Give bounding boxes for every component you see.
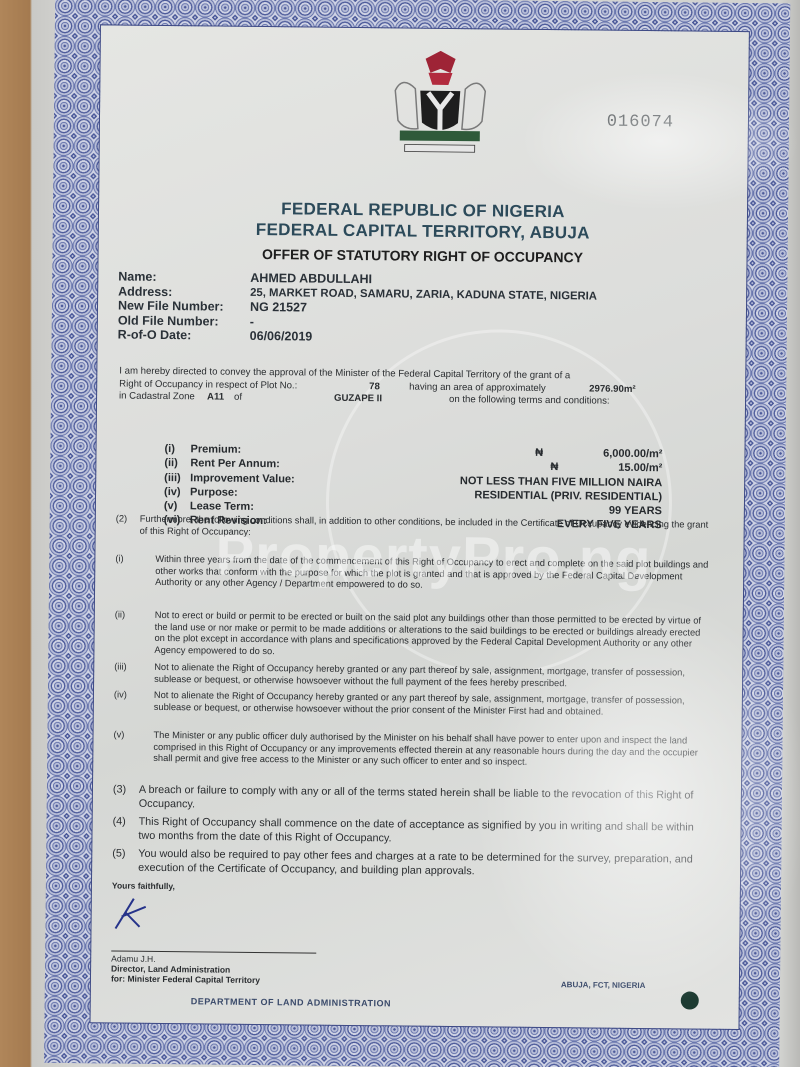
clause-item: (4)This Right of Occupancy shall commenc… [112,815,710,848]
seal-dot-icon [681,991,699,1009]
district: GUZAPE II [334,393,382,406]
term-value: 6,000.00/m² [603,448,662,461]
currency-symbol: ₦ [535,447,543,459]
condition-item: (iv)Not to alienate the Right of Occupan… [114,689,712,718]
cadastral-zone: A11 [207,391,224,404]
term-label: Improvement Value: [190,472,295,485]
condition-item: (ii)Not to erect or build or permit to b… [114,609,712,661]
term-label: Purpose: [190,486,238,498]
intro-paragraph: I am hereby directed to convey the appro… [119,366,717,410]
footer-location: ABUJA, FCT, NIGERIA [561,980,646,990]
watermark-text: PropertyPro.ng [215,522,652,594]
clause-item: (3)A breach or failure to comply with an… [113,783,711,816]
condition-item: (iii)Not to alienate the Right of Occupa… [114,661,712,690]
currency-symbol: ₦ [550,461,558,473]
document-title: OFFER OF STATUTORY RIGHT OF OCCUPANCY [98,244,746,267]
signatory-for: for: Minister Federal Capital Territory [111,973,260,985]
holder-details: Name:AHMED ABDULLAHI Address:25, MARKET … [118,270,598,348]
old-file-number: - [250,314,254,329]
plot-number: 78 [369,381,380,394]
coat-of-arms-icon [380,50,501,161]
new-file-number: NG 21527 [250,300,307,315]
term-value: 99 YEARS [609,505,662,518]
holder-name: AHMED ABDULLAHI [250,271,372,287]
condition-item: (v)The Minister or any public officer du… [113,729,711,770]
term-value: NOT LESS THAN FIVE MILLION NAIRA [460,475,662,489]
term-value: RESIDENTIAL (PRIV. RESIDENTIAL) [474,489,662,503]
clause-item: (5)You would also be required to pay oth… [112,847,710,880]
plot-area: 2976.90m² [589,383,636,396]
certificate-border: 016074 FEDERAL REPUBLIC OF NIGERIA FEDER… [44,0,790,1067]
term-value: 15.00/m² [618,462,662,474]
term-label: Premium: [190,443,241,456]
rofo-date: 06/06/2019 [250,329,313,344]
signature-block: Yours faithfully, [111,880,175,933]
signature-icon [111,894,151,930]
footer-department: DEPARTMENT OF LAND ADMINISTRATION [191,996,391,1008]
clause-2-conditions: (i)Within three years from the date of t… [101,25,749,32]
term-label: Lease Term: [190,500,254,513]
certificate-paper: 016074 FEDERAL REPUBLIC OF NIGERIA FEDER… [90,24,750,1030]
clauses-3-5: (3)A breach or failure to comply with an… [101,25,749,32]
serial-number: 016074 [607,113,674,133]
closing: Yours faithfully, [112,880,175,891]
term-label: Rent Per Annum: [190,458,280,471]
